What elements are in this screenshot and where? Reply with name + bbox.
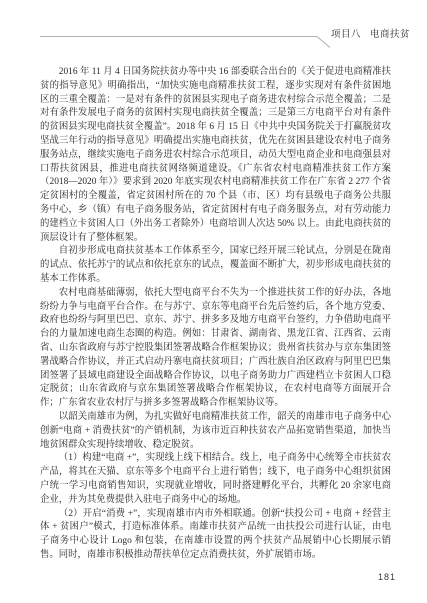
paragraph: 自初步形成电商扶贫基本工作体系至今，国家已经开展三轮试点，分别是在陇南的试点、依… [40,245,391,286]
body-text: 2016 年 11 月 4 日国务院扶贫办等中央 16 部委联合出台的《关于促进… [40,66,391,563]
document-page: 项目八电商扶贫 2016 年 11 月 4 日国务院扶贫办等中央 16 部委联合… [0,0,427,603]
paragraph: （1）构建“电商 +”，实现线上线下相结合。线上，电子商务中心统筹全市扶贫农产品… [40,452,391,507]
running-head-title: 电商扶贫 [370,29,410,40]
paragraph: 农村电商基础薄弱，依托大型电商平台不失为一个推进扶贫工作的好办法，各地纷纷力争与… [40,287,391,411]
paragraph: 以韶关南雄市为例，为扎实做好电商精准扶贫工作，韶关的南雄市电子商务中心创新“电商… [40,411,391,452]
paragraph: （2）开启“消费 +”，实现南雄市内市外相联通。创新“扶投公司 + 电商 + 经… [40,508,391,563]
paragraph: 2016 年 11 月 4 日国务院扶贫办等中央 16 部委联合出台的《关于促进… [40,66,391,245]
running-head: 项目八电商扶贫 [331,29,423,41]
page-number: 181 [378,572,396,582]
running-head-chapter: 项目八 [331,29,361,40]
